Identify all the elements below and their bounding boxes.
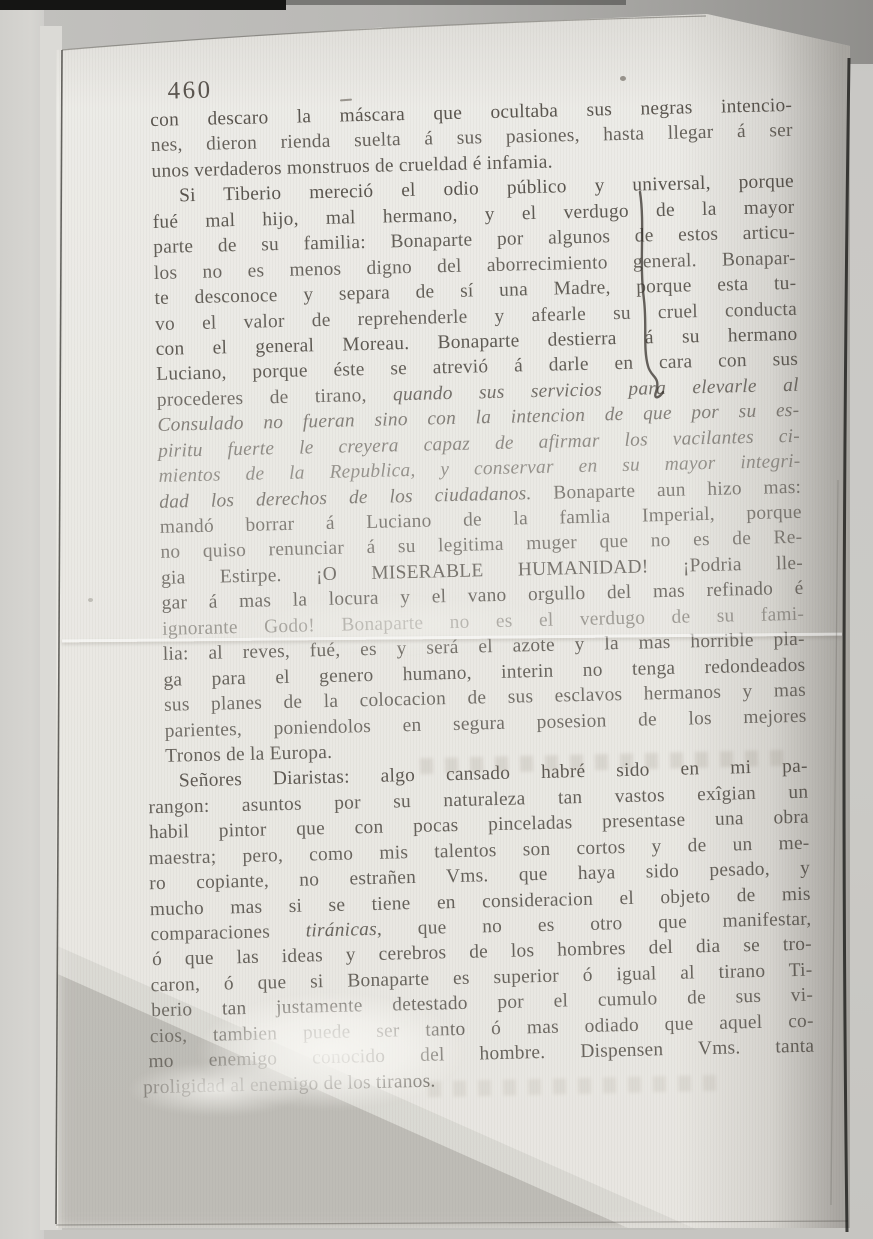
- speck: [620, 76, 626, 81]
- scan-top-bar-faint: [286, 0, 626, 5]
- italic-text-segment: tiránicas: [305, 919, 377, 942]
- speck: [88, 598, 93, 602]
- paper-stain: [128, 1062, 308, 1116]
- text-segment: procederes de tirano,: [157, 384, 394, 411]
- text-segment: comparaciones: [150, 921, 306, 946]
- text-segment: Bonaparte aun hizo mas:: [553, 476, 801, 503]
- paper-stain: [240, 595, 570, 655]
- book-scan: 460 con descaro la máscara que ocultaba …: [0, 0, 873, 1239]
- scanner-background-left: [0, 10, 44, 1239]
- text-segment: Tronos de la Europa.: [165, 742, 332, 767]
- page-number: 460: [167, 77, 213, 106]
- scan-top-bar: [0, 0, 286, 10]
